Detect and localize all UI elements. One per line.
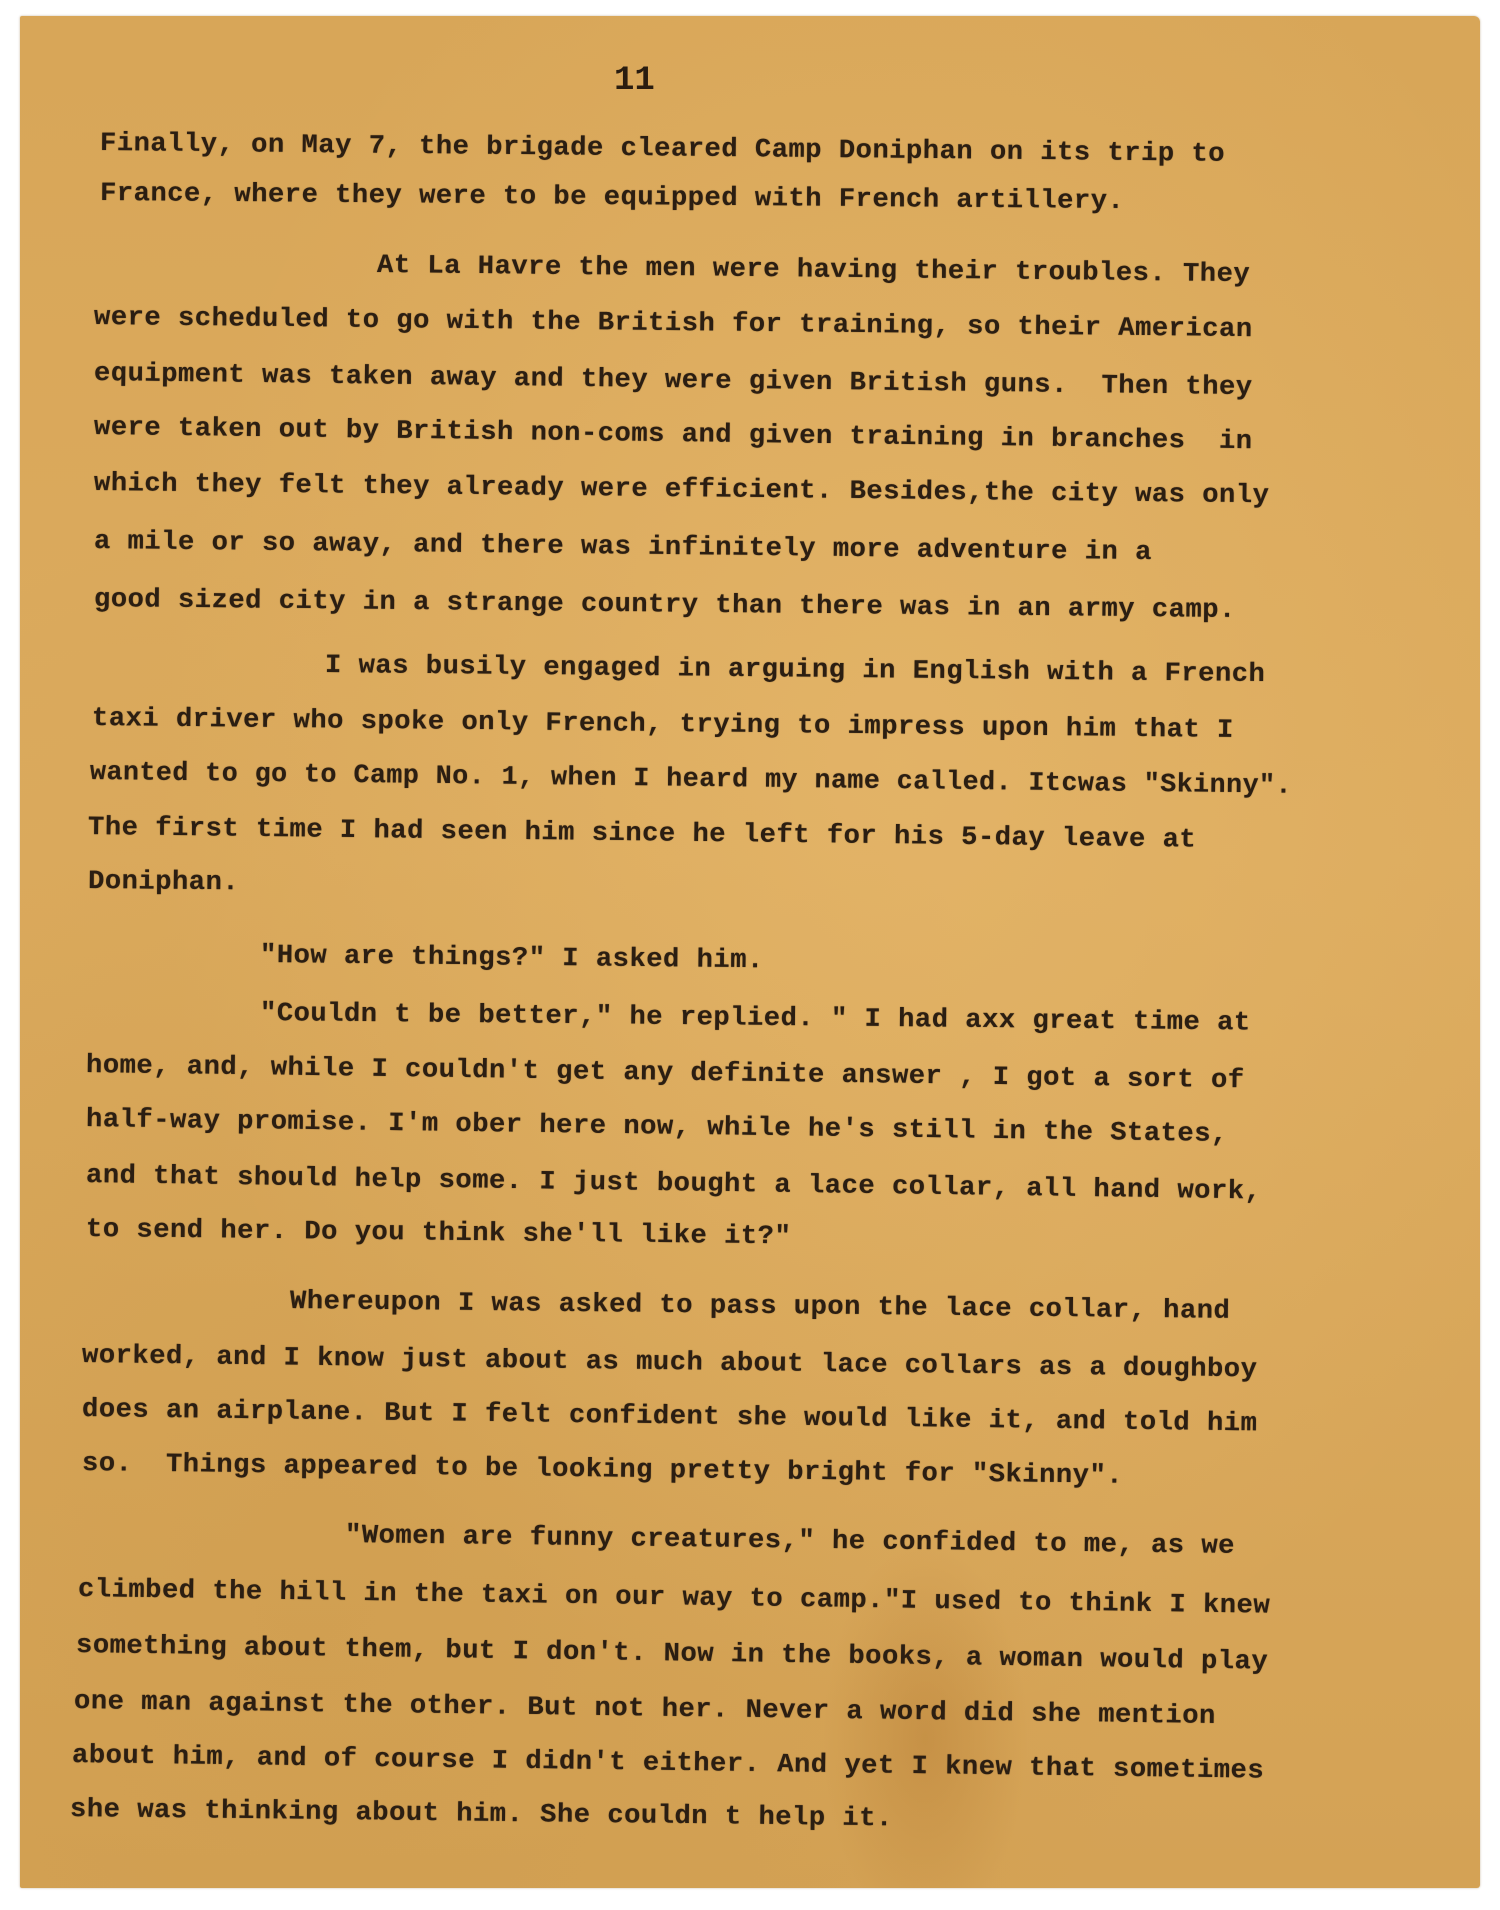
page-number: 11 xyxy=(614,62,655,100)
text-line: "How are things?" I asked him. xyxy=(260,940,764,975)
text-line: Doniphan. xyxy=(88,866,239,897)
